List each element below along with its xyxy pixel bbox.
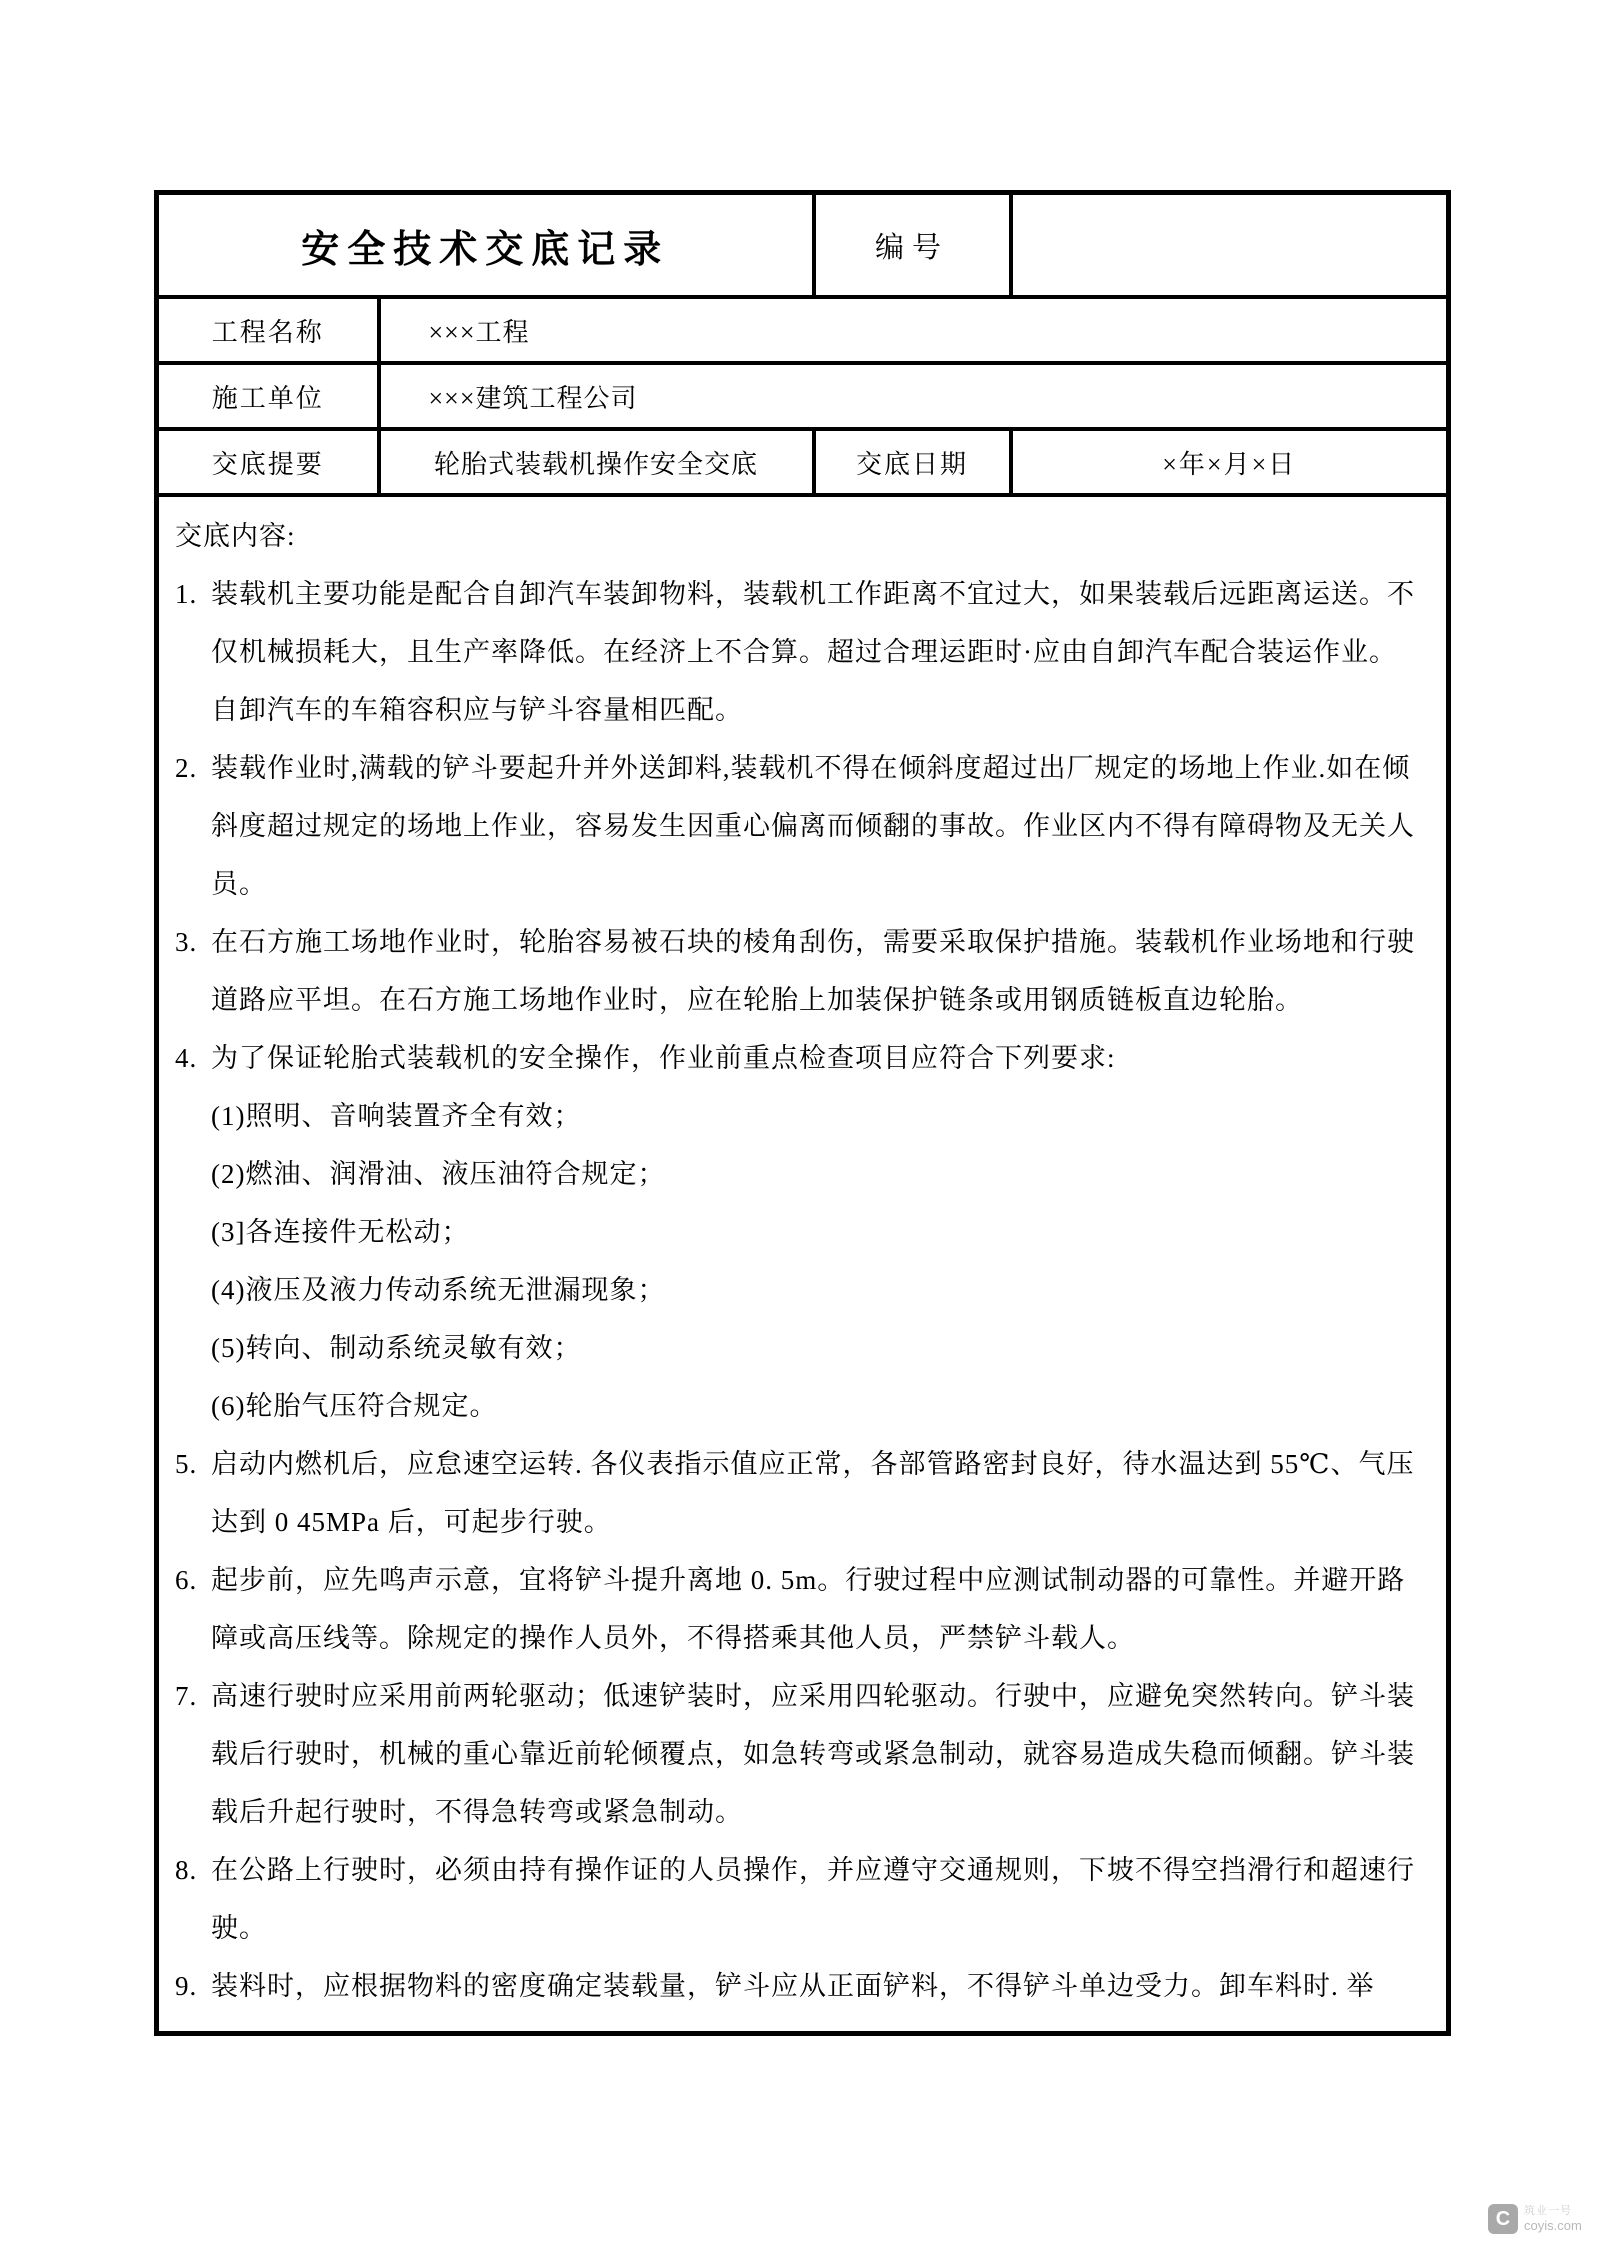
project-name-label: 工程名称 [157,297,379,363]
number-label: 编号 [814,193,1011,298]
content-item: 9.装料时，应根据物料的密度确定装载量，铲斗应从正面铲料，不得铲斗单边受力。卸车… [175,1957,1418,2015]
summary-row: 交底提要 轮胎式装载机操作安全交底 交底日期 ×年×月×日 [157,429,1449,495]
construction-unit-row: 施工单位 ×××建筑工程公司 [157,363,1449,429]
date-label: 交底日期 [814,429,1011,495]
number-value [1011,193,1449,298]
site-watermark: C 筑业一号 coyis.com [1488,2204,1582,2234]
content-subitem: (4)液压及液力传动系统无泄漏现象； [175,1261,1418,1319]
item-number: 1. [175,565,211,623]
watermark-logo-icon: C [1488,2204,1518,2234]
item-number: 4. [175,1029,211,1087]
content-heading: 交底内容: [175,507,1418,565]
item-number: 9. [175,1957,211,2015]
date-value: ×年×月×日 [1011,429,1449,495]
item-text: 高速行驶时应采用前两轮驱动；低速铲装时，应采用四轮驱动。行驶中，应避免突然转向。… [211,1681,1415,1827]
content-item: 1.装载机主要功能是配合自卸汽车装卸物料，装载机工作距离不宜过大，如果装载后远距… [175,565,1418,739]
content-item: 7.高速行驶时应采用前两轮驱动；低速铲装时，应采用四轮驱动。行驶中，应避免突然转… [175,1667,1418,1841]
item-text: 启动内燃机后，应怠速空运转. 各仪表指示值应正常，各部管路密封良好，待水温达到 … [211,1449,1414,1537]
safety-disclosure-form: 安全技术交底记录 编号 工程名称 ×××工程 施工单位 ×××建筑工程公司 交底… [154,190,1451,2036]
item-number: 8. [175,1841,211,1899]
construction-unit-value: ×××建筑工程公司 [379,363,1449,429]
item-number: 2. [175,739,211,797]
item-text: 为了保证轮胎式装载机的安全操作，作业前重点检查项目应符合下列要求: [211,1043,1116,1073]
content-row: 交底内容: 1.装载机主要功能是配合自卸汽车装卸物料，装载机工作距离不宜过大，如… [157,495,1449,2034]
title-row: 安全技术交底记录 编号 [157,193,1449,298]
content-item: 6.起步前，应先鸣声示意，宜将铲斗提升离地 0. 5m。行驶过程中应测试制动器的… [175,1551,1418,1667]
content-subitem: (2)燃油、润滑油、液压油符合规定； [175,1145,1418,1203]
item-text: 在公路上行驶时，必须由持有操作证的人员操作，并应遵守交通规则，下坡不得空挡滑行和… [211,1855,1415,1943]
content-subitem: (1)照明、音响装置齐全有效； [175,1087,1418,1145]
content-cell: 交底内容: 1.装载机主要功能是配合自卸汽车装卸物料，装载机工作距离不宜过大，如… [157,495,1449,2034]
item-text: 起步前，应先鸣声示意，宜将铲斗提升离地 0. 5m。行驶过程中应测试制动器的可靠… [211,1565,1405,1653]
item-text: 在石方施工场地作业时，轮胎容易被石块的棱角刮伤，需要采取保护措施。装载机作业场地… [211,927,1415,1015]
item-number: 6. [175,1551,211,1609]
content-item: 2.装载作业时,满载的铲斗要起升并外送卸料,装载机不得在倾斜度超过出厂规定的场地… [175,739,1418,913]
content-items: 1.装载机主要功能是配合自卸汽车装卸物料，装载机工作距离不宜过大，如果装载后远距… [175,565,1418,2015]
watermark-text: 筑业一号 coyis.com [1524,2205,1582,2233]
project-name-value: ×××工程 [379,297,1449,363]
project-name-row: 工程名称 ×××工程 [157,297,1449,363]
item-text: 装载机主要功能是配合自卸汽车装卸物料，装载机工作距离不宜过大，如果装载后远距离运… [211,579,1415,725]
content-item: 8.在公路上行驶时，必须由持有操作证的人员操作，并应遵守交通规则，下坡不得空挡滑… [175,1841,1418,1957]
construction-unit-label: 施工单位 [157,363,379,429]
content-subitem: (3]各连接件无松动； [175,1203,1418,1261]
watermark-site: coyis.com [1524,2218,1582,2233]
item-number: 3. [175,913,211,971]
form-title: 安全技术交底记录 [157,193,814,298]
watermark-name: 筑业一号 [1524,2205,1582,2218]
content-item: 3.在石方施工场地作业时，轮胎容易被石块的棱角刮伤，需要采取保护措施。装载机作业… [175,913,1418,1029]
content-subitem: (5)转向、制动系统灵敏有效； [175,1319,1418,1377]
content-item: 5.启动内燃机后，应怠速空运转. 各仪表指示值应正常，各部管路密封良好，待水温达… [175,1435,1418,1551]
content-subitem: (6)轮胎气压符合规定。 [175,1377,1418,1435]
item-number: 7. [175,1667,211,1725]
content-item: 4.为了保证轮胎式装载机的安全操作，作业前重点检查项目应符合下列要求: [175,1029,1418,1087]
item-text: 装载作业时,满载的铲斗要起升并外送卸料,装载机不得在倾斜度超过出厂规定的场地上作… [211,753,1415,899]
item-text: 装料时，应根据物料的密度确定装载量，铲斗应从正面铲料，不得铲斗单边受力。卸车料时… [211,1971,1375,2001]
item-number: 5. [175,1435,211,1493]
summary-value: 轮胎式装载机操作安全交底 [379,429,814,495]
summary-label: 交底提要 [157,429,379,495]
